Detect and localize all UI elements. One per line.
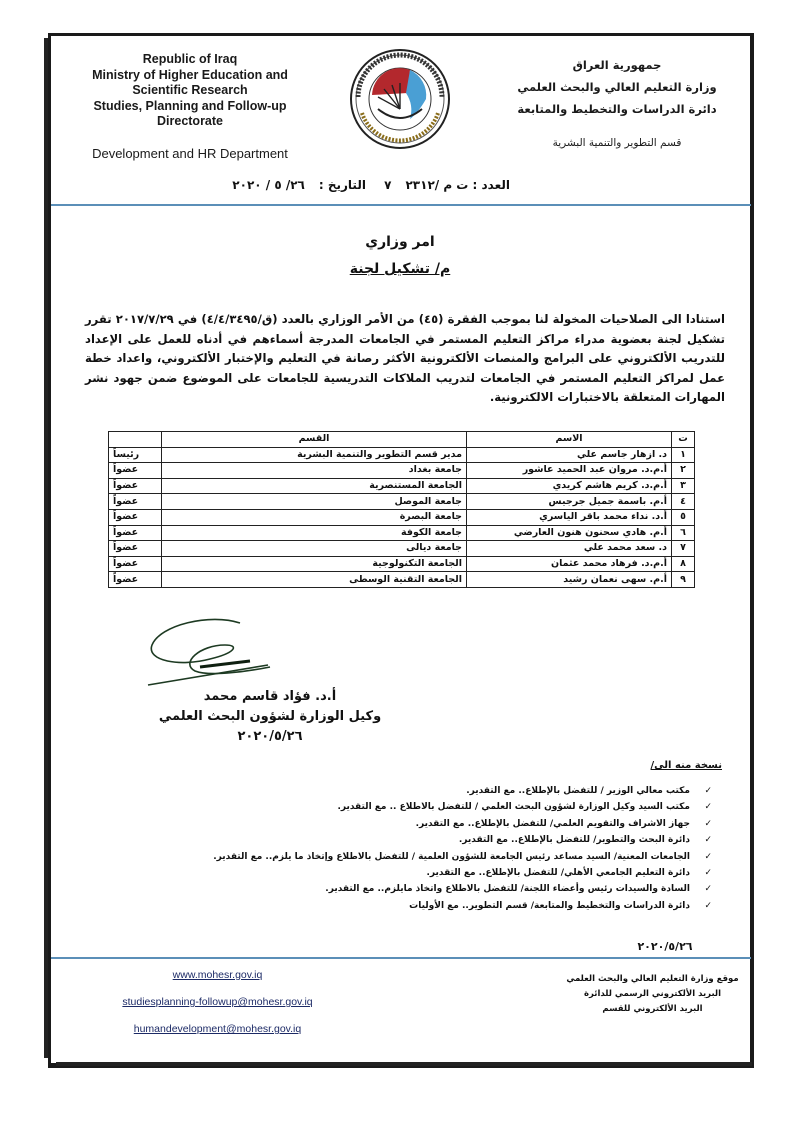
copy-recipient: الجامعات المعنية/ السيد مساعد رئيس الجام… [213, 852, 690, 862]
check-icon: ✓ [698, 881, 712, 897]
letterhead-line: دائرة الدراسات والتخطيط والمتابعة [492, 98, 742, 120]
reference-number: ٢٣١٢ [405, 178, 434, 192]
member-role: عضواً [109, 525, 162, 541]
letterhead-line: Ministry of Higher Education and [60, 68, 320, 84]
list-item: ✓الجامعات المعنية/ السيد مساعد رئيس الجا… [192, 849, 712, 865]
member-department: جامعة بغداد [162, 463, 467, 479]
directorate-email-link[interactable]: studiesplanning-followup@mohesr.gov.iq [100, 989, 335, 1016]
table-row: ٥ أ.د. نداء محمد باقر الياسري جامعة البص… [109, 509, 695, 525]
table-row: ٢ أ.م.د. مروان عبد الحميد عاشور جامعة بغ… [109, 463, 695, 479]
letterhead-line: Directorate [60, 114, 320, 130]
copies-list: ✓مكتب معالي الوزير / للتفضل بالإطلاع.. م… [192, 783, 712, 914]
footer-links: www.mohesr.gov.iq studiesplanning-follow… [100, 962, 335, 1043]
member-department: جامعة الكوفة [162, 525, 467, 541]
letterhead-line: وزارة التعليم العالي والبحث العلمي [492, 76, 742, 98]
list-item: ✓دائرة البحث والتطوير/ للتفضل بالإطلاع..… [192, 832, 712, 848]
member-role: عضواً [109, 556, 162, 572]
member-name: أ.د. نداء محمد باقر الياسري [467, 509, 672, 525]
member-number: ٧ [672, 541, 695, 557]
member-name: د. سعد محمد علي [467, 541, 672, 557]
member-role: عضواً [109, 478, 162, 494]
member-role: عضواً [109, 541, 162, 557]
member-role: عضواً [109, 572, 162, 588]
member-role: رئيساً [109, 447, 162, 463]
list-item: ✓مكتب السيد وكيل الوزارة لشؤون البحث الع… [192, 799, 712, 815]
check-icon: ✓ [698, 816, 712, 832]
copy-recipient: دائرة البحث والتطوير/ للتفضل بالإطلاع.. … [459, 835, 690, 845]
column-header-name: الاسم [467, 432, 672, 448]
check-icon: ✓ [698, 799, 712, 815]
letterhead-line: Republic of Iraq [60, 52, 320, 68]
letterhead-line: جمهورية العراق [492, 54, 742, 76]
website-link[interactable]: www.mohesr.gov.iq [100, 962, 335, 989]
member-role: عضواً [109, 494, 162, 510]
border-shadow-left [44, 38, 48, 1058]
signatory-date: ٢٠٢٠/٥/٢٦ [150, 727, 390, 747]
table-row: ٦ أ.م. هادي سحنون هنون العارضي جامعة الك… [109, 525, 695, 541]
column-header-num: ت [672, 432, 695, 448]
copies-title: نسخة منه الى/ [651, 760, 722, 771]
copies-date: ٢٠٢٠/٥/٢٦ [620, 940, 710, 953]
letterhead-arabic: جمهورية العراق وزارة التعليم العالي والب… [492, 54, 742, 154]
member-number: ٤ [672, 494, 695, 510]
committee-table: ت الاسم القسم ١ د. ازهار جاسم علي مدير ق… [108, 431, 695, 588]
footer-divider [51, 957, 751, 959]
ministry-seal-icon [348, 47, 452, 151]
department-name-english: Development and HR Department [60, 146, 320, 162]
letterhead-line: Scientific Research [60, 83, 320, 99]
table-row: ٩ أ.م. سهى نعمان رشيد الجامعة التقنية ال… [109, 572, 695, 588]
border-shadow-bottom [56, 1062, 752, 1066]
list-item: ✓دائرة الدراسات والتخطيط والمتابعة/ قسم … [192, 898, 712, 914]
signatory-title: وكيل الوزارة لشؤون البحث العلمي [150, 707, 390, 727]
table-row: ٨ أ.م.د. فرهاد محمد عثمان الجامعة التكنو… [109, 556, 695, 572]
signatory-block: أ.د. فؤاد قاسم محمد وكيل الوزارة لشؤون ا… [150, 687, 390, 747]
member-role: عضواً [109, 463, 162, 479]
member-number: ٩ [672, 572, 695, 588]
check-icon: ✓ [698, 898, 712, 914]
reference-date-label: التاريخ : [319, 178, 366, 192]
footer-label: البريد الألكتروني الرسمي للدائرة [560, 987, 745, 1002]
table-row: ٤ أ.م. باسمة جميل جرجيس جامعة الموصل عضو… [109, 494, 695, 510]
member-department: الجامعة التكنولوجية [162, 556, 467, 572]
reference-line: العدد : ت م /٧٢٣١٢ التاريخ :٢٦/ ٥ / ٢٠٢٠ [90, 178, 510, 192]
member-department: جامعة الموصل [162, 494, 467, 510]
table-row: ١ د. ازهار جاسم علي مدير قسم التطوير وال… [109, 447, 695, 463]
signatory-name: أ.د. فؤاد قاسم محمد [150, 687, 390, 707]
member-department: مدير قسم التطوير والتنمية البشرية [162, 447, 467, 463]
member-department: جامعة البصرة [162, 509, 467, 525]
member-number: ٣ [672, 478, 695, 494]
column-header-department: القسم [162, 432, 467, 448]
list-item: ✓دائرة التعليم الجامعي الأهلي/ للتفضل با… [192, 865, 712, 881]
member-number: ٦ [672, 525, 695, 541]
member-department: جامعة ديالى [162, 541, 467, 557]
table-row: ٣ أ.م.د. كريم هاشم كريدي الجامعة المستنص… [109, 478, 695, 494]
member-name: أ.م. هادي سحنون هنون العارضي [467, 525, 672, 541]
document-subject: م/ تشكيل لجنة [300, 261, 500, 277]
table-row: ٧ د. سعد محمد علي جامعة ديالى عضواً [109, 541, 695, 557]
list-item: ✓مكتب معالي الوزير / للتفضل بالإطلاع.. م… [192, 783, 712, 799]
copy-recipient: السادة والسيدات رئيس وأعضاء اللجنة/ للتف… [325, 884, 690, 894]
member-role: عضواً [109, 509, 162, 525]
footer-label: موقع وزارة التعليم العالي والبحث العلمي [560, 972, 745, 987]
list-item: ✓جهاز الاشراف والتقويم العلمي/ للتفضل با… [192, 816, 712, 832]
member-number: ١ [672, 447, 695, 463]
signature-icon [140, 615, 280, 690]
footer-labels-arabic: موقع وزارة التعليم العالي والبحث العلمي … [560, 972, 745, 1017]
member-number: ٨ [672, 556, 695, 572]
footer-label: البريد الألكتروني للقسم [560, 1002, 745, 1017]
letterhead-english: Republic of Iraq Ministry of Higher Educ… [60, 52, 320, 161]
member-name: د. ازهار جاسم علي [467, 447, 672, 463]
member-number: ٢ [672, 463, 695, 479]
document-title: امر وزاري [300, 234, 500, 250]
member-name: أ.م. باسمة جميل جرجيس [467, 494, 672, 510]
reference-number-label: العدد : ت م /٧ [384, 178, 510, 192]
department-name-arabic: قسم التطوير والتنمية البشرية [492, 132, 742, 154]
member-name: أ.م.د. فرهاد محمد عثمان [467, 556, 672, 572]
check-icon: ✓ [698, 832, 712, 848]
member-name: أ.م.د. مروان عبد الحميد عاشور [467, 463, 672, 479]
check-icon: ✓ [698, 865, 712, 881]
document-body: استنادا الى الصلاحيات المخولة لنا بموجب … [85, 310, 725, 408]
list-item: ✓السادة والسيدات رئيس وأعضاء اللجنة/ للت… [192, 881, 712, 897]
copy-recipient: دائرة التعليم الجامعي الأهلي/ للتفضل بال… [426, 868, 690, 878]
letterhead-line: Studies, Planning and Follow-up [60, 99, 320, 115]
member-department: الجامعة التقنية الوسطى [162, 572, 467, 588]
reference-date: ٢٦/ ٥ / ٢٠٢٠ [232, 178, 305, 192]
header-divider [51, 204, 751, 206]
copy-recipient: جهاز الاشراف والتقويم العلمي/ للتفضل بال… [416, 819, 690, 829]
copy-recipient: دائرة الدراسات والتخطيط والمتابعة/ قسم ا… [409, 901, 690, 911]
member-number: ٥ [672, 509, 695, 525]
member-name: أ.م. سهى نعمان رشيد [467, 572, 672, 588]
member-name: أ.م.د. كريم هاشم كريدي [467, 478, 672, 494]
check-icon: ✓ [698, 849, 712, 865]
copy-recipient: مكتب معالي الوزير / للتفضل بالإطلاع.. مع… [466, 786, 690, 796]
column-header-role [109, 432, 162, 448]
check-icon: ✓ [698, 783, 712, 799]
copy-recipient: مكتب السيد وكيل الوزارة لشؤون البحث العل… [337, 802, 690, 812]
department-email-link[interactable]: humandevelopment@mohesr.gov.iq [100, 1016, 335, 1043]
table-header-row: ت الاسم القسم [109, 432, 695, 448]
member-department: الجامعة المستنصرية [162, 478, 467, 494]
